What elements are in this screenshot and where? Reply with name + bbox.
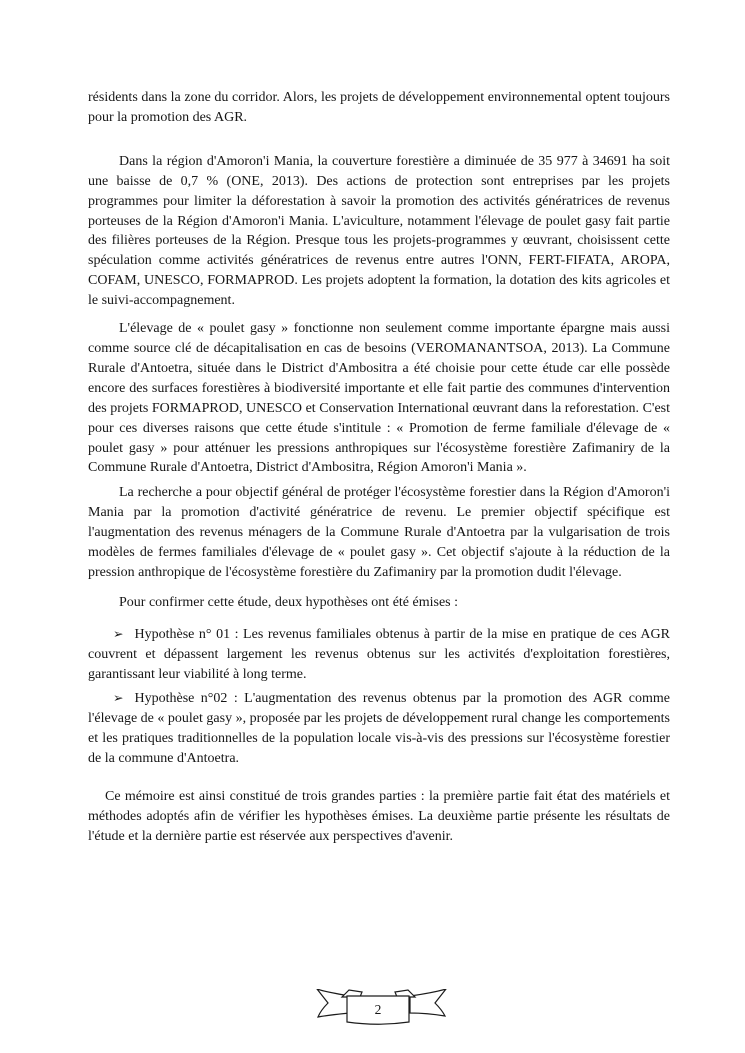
hypothesis-1-text: Hypothèse n° 01 : Les revenus familiales… [88, 627, 670, 682]
document-page: résidents dans la zone du corridor. Alor… [0, 0, 745, 1053]
paragraph-hypotheses-intro: Pour confirmer cette étude, deux hypothè… [88, 593, 670, 613]
paragraph-objectives: La recherche a pour objectif général de … [88, 483, 670, 583]
paragraph-intro-continuation: résidents dans la zone du corridor. Alor… [88, 88, 670, 128]
page-number: 2 [347, 997, 409, 1022]
arrow-bullet-icon: ➢ [113, 626, 123, 641]
page-body-text: résidents dans la zone du corridor. Alor… [88, 88, 670, 847]
ribbon-right-wing [410, 989, 446, 1016]
hypothesis-item-2: ➢Hypothèse n°02 : L'augmentation des rev… [88, 688, 670, 769]
paragraph-document-structure: Ce mémoire est ainsi constitué de trois … [88, 787, 670, 847]
page-footer: 2 [316, 989, 448, 1029]
hypothesis-item-1: ➢Hypothèse n° 01 : Les revenus familiale… [88, 624, 670, 685]
paragraph-region-context: Dans la région d'Amoron'i Mania, la couv… [88, 152, 670, 311]
hypothesis-2-text: Hypothèse n°02 : L'augmentation des reve… [88, 691, 670, 766]
paragraph-study-justification: L'élevage de « poulet gasy » fonctionne … [88, 319, 670, 478]
arrow-bullet-icon: ➢ [113, 690, 123, 705]
